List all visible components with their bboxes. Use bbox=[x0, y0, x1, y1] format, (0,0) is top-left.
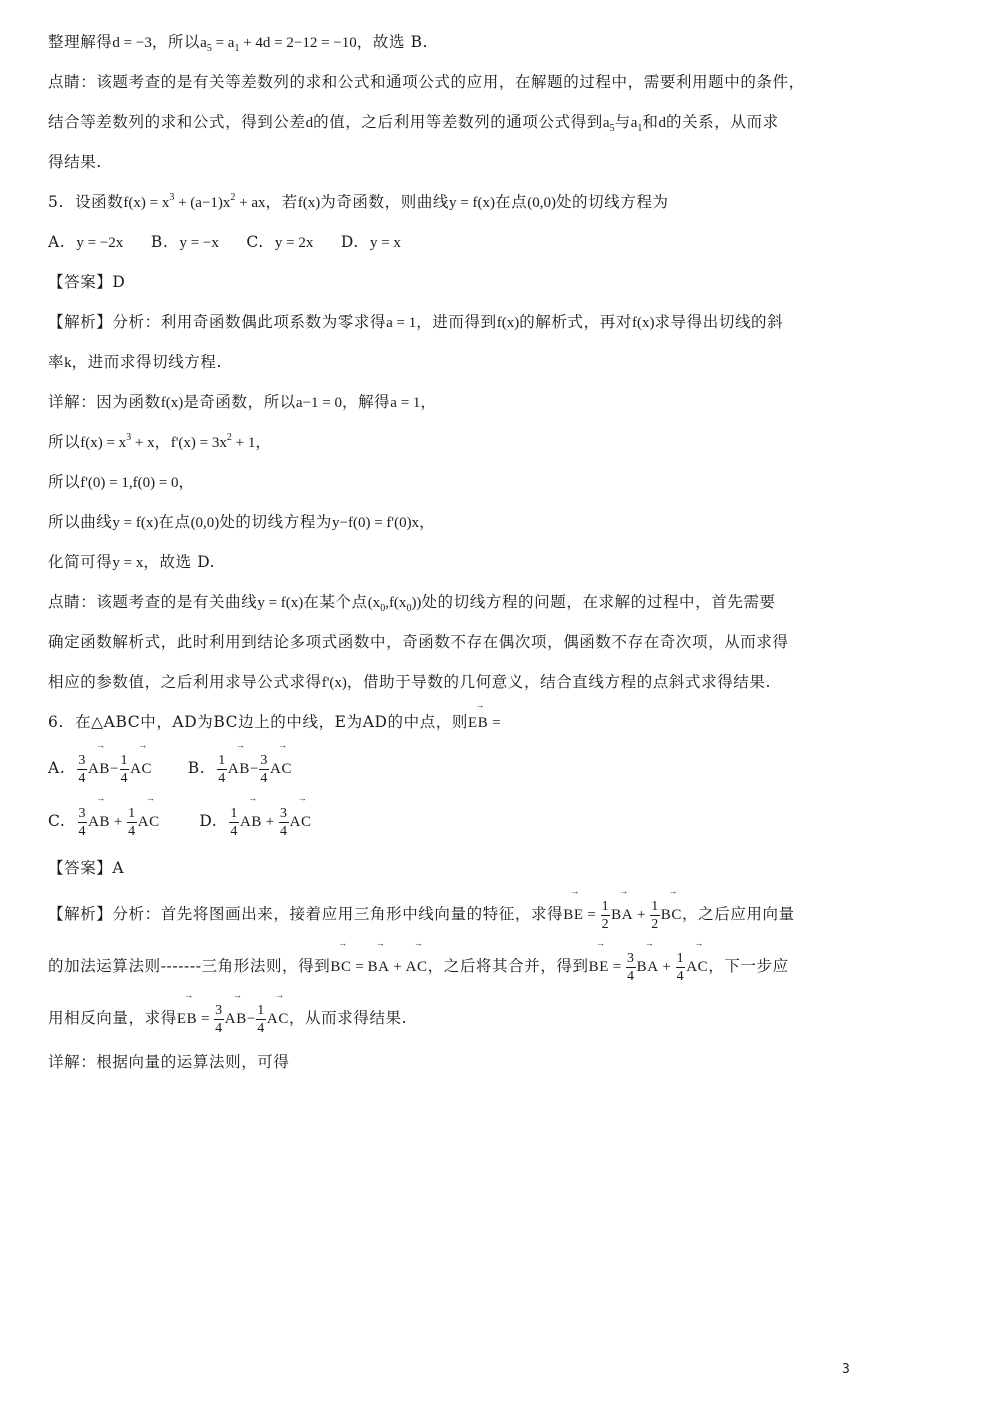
prev-solution-result: 整理解得d = −3，所以a5 = a1 + 4d = 2−12 = −10，故… bbox=[48, 30, 428, 55]
text: ，所以 bbox=[152, 33, 200, 51]
question-5-detail-line-3: 所以f'(0) = 1,f(0) = 0， bbox=[48, 470, 195, 495]
vector-eb: EB bbox=[468, 711, 488, 735]
option-a: A. y = −2x bbox=[48, 230, 123, 255]
question-6-stem: 6. 在△ABC中，AD为BC边上的中线，E为AD的中点，则EB = bbox=[48, 710, 501, 735]
analysis-label: 【解析】 bbox=[48, 905, 112, 923]
question-5-stem: 5. 设函数f(x) = x3 + (a−1)x2 + ax，若f(x)为奇函数… bbox=[48, 190, 669, 215]
question-6-analysis-line-3: 用相反向量，求得EB = 34AB−14AC，从而求得结果. bbox=[48, 1000, 407, 1037]
prev-comment-line-2: 结合等差数列的求和公式，得到公差d的值，之后利用等差数列的通项公式得到a5与a1… bbox=[48, 110, 779, 135]
question-number: 6. bbox=[48, 713, 64, 731]
answer-label: 【答案】 bbox=[48, 273, 112, 291]
option-d: D. y = x bbox=[341, 230, 401, 255]
answer-value: D bbox=[112, 273, 125, 291]
text: ，故选 B. bbox=[357, 33, 428, 51]
question-5-comment-line-3: 相应的参数值，之后利用求导公式求得f'(x)，借助于导数的几何意义，结合直线方程… bbox=[48, 670, 771, 695]
comment-label: 点睛： bbox=[48, 593, 96, 611]
question-6-detail: 详解：根据向量的运算法则，可得 bbox=[48, 1050, 290, 1074]
text: 整理解得 bbox=[48, 33, 112, 51]
question-number: 5. bbox=[48, 193, 64, 211]
option-a: A. 34AB−14AC bbox=[48, 750, 152, 787]
page-number: 3 bbox=[842, 1362, 850, 1377]
answer-value: A bbox=[112, 859, 124, 877]
question-6-options-row-2: C. 34AB + 14AC D. 14AB + 34AC bbox=[48, 803, 334, 840]
question-5-analysis-line-2: 率k，进而求得切线方程. bbox=[48, 350, 222, 375]
answer-label: 【答案】 bbox=[48, 859, 112, 877]
option-d: D. 14AB + 34AC bbox=[199, 803, 311, 840]
option-b: B. 14AB−34AC bbox=[188, 750, 292, 787]
question-5-comment-line-2: 确定函数解析式，此时利用到结论多项式函数中，奇函数不存在偶次项，偶函数不存在奇次… bbox=[48, 630, 789, 654]
option-b: B. y = −x bbox=[151, 230, 219, 255]
question-5-comment-line-1: 点睛：该题考查的是有关曲线y = f(x)在某个点(x0,f(x0))处的切线方… bbox=[48, 590, 776, 615]
question-5-detail-line-4: 所以曲线y = f(x)在点(0,0)处的切线方程为y−f(0) = f'(0)… bbox=[48, 510, 435, 535]
question-6-answer: 【答案】A bbox=[48, 856, 124, 880]
question-5-answer: 【答案】D bbox=[48, 270, 125, 294]
analysis-label: 【解析】 bbox=[48, 313, 112, 331]
question-5-options: A. y = −2x B. y = −x C. y = 2x D. y = x bbox=[48, 230, 423, 255]
question-5-detail-line-2: 所以f(x) = x3 + x，f'(x) = 3x2 + 1， bbox=[48, 430, 271, 455]
math: a5 = a1 + 4d = 2−12 = −10 bbox=[200, 35, 357, 51]
question-6-analysis-line-2: 的加法运算法则-------三角形法则，得到BC = BA + AC，之后将其合… bbox=[48, 948, 789, 985]
comment-label: 点睛： bbox=[48, 73, 96, 91]
question-5-detail-line-5: 化简可得y = x，故选 D. bbox=[48, 550, 215, 575]
prev-comment-line-3: 得结果. bbox=[48, 150, 102, 174]
question-6-options-row-1: A. 34AB−14AC B. 14AB−34AC bbox=[48, 750, 314, 787]
question-5-detail-line-1: 详解：因为函数f(x)是奇函数，所以a−1 = 0，解得a = 1， bbox=[48, 390, 437, 415]
question-5-analysis-line-1: 【解析】分析：利用奇函数偶此项系数为零求得a = 1，进而得到f(x)的解析式，… bbox=[48, 310, 783, 335]
text: 该题考查的是有关等差数列的求和公式和通项公式的应用，在解题的过程中，需要利用题中… bbox=[96, 73, 804, 91]
math: d = −3 bbox=[112, 35, 151, 51]
option-c: C. 34AB + 14AC bbox=[48, 803, 160, 840]
question-6-analysis-line-1: 【解析】分析：首先将图画出来，接着应用三角形中线向量的特征，求得BE = 12B… bbox=[48, 896, 795, 933]
prev-comment-line-1: 点睛：该题考查的是有关等差数列的求和公式和通项公式的应用，在解题的过程中，需要利… bbox=[48, 70, 805, 94]
option-c: C. y = 2x bbox=[246, 230, 313, 255]
